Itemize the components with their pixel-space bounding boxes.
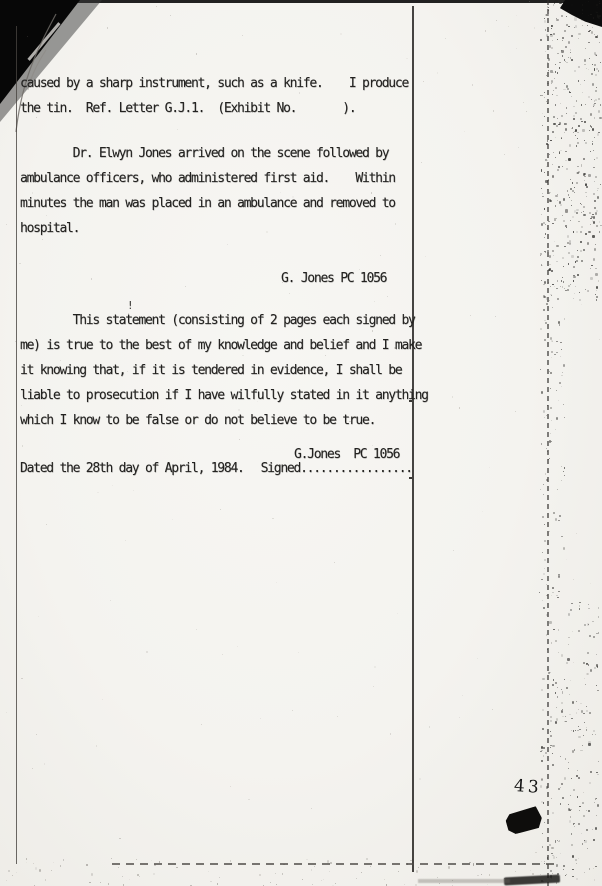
scan-noise-paper-grain	[0, 0, 602, 886]
scanned-statement-page: caused by a sharp instrument, such as a …	[0, 0, 602, 886]
signature-line: G.Jones PC 1056	[294, 447, 399, 462]
scan-noise-band-top-right	[540, 0, 600, 300]
typed-line: liable to prosecution if I have wilfully…	[20, 383, 428, 408]
dated-text: Dated the 28th day of April, 1984.	[20, 461, 244, 476]
typed-line: Dr. Elwyn Jones arrived on the scene fol…	[20, 141, 395, 166]
ink-stamp-blob	[504, 806, 544, 836]
paragraph-produce-tin: caused by a sharp instrument, such as a …	[20, 71, 408, 121]
typed-line: it knowing that, if it is tendered in ev…	[20, 358, 428, 383]
typed-line: which I know to be false or do not belie…	[20, 408, 428, 433]
page-number: 43	[513, 776, 542, 798]
typed-line: me) is true to the best of my knowledge …	[20, 333, 428, 358]
scan-sprocket-line	[547, 0, 549, 886]
typed-line: This statement (consisting of 2 pages ea…	[20, 308, 428, 333]
scan-smudge-bottom	[504, 875, 560, 886]
typed-line: minutes the man was placed in an ambulan…	[20, 191, 395, 216]
paragraph-dr-jones: Dr. Elwyn Jones arrived on the scene fol…	[20, 141, 395, 241]
typed-line: the tin. Ref. Letter G.J.1. (Exhibit No.…	[20, 96, 408, 121]
scan-blob-top-right	[560, 0, 602, 27]
scan-noise-band-mid-right	[538, 280, 564, 610]
typed-line: ambulance officers, who administered fir…	[20, 166, 395, 191]
scan-streak-bottom	[418, 879, 510, 883]
typed-line: caused by a sharp instrument, such as a …	[20, 71, 408, 96]
paragraph-declaration: This statement (consisting of 2 pages ea…	[20, 308, 428, 433]
signed-dotted-line: Signed.................	[261, 461, 412, 476]
typed-line: G. Jones PC 1056	[281, 266, 386, 291]
page-edge-line-left	[16, 26, 17, 864]
attribution-line: G. Jones PC 1056	[281, 266, 386, 291]
page-bottom-rule	[112, 863, 560, 865]
page-edge-line-right	[412, 6, 414, 872]
typed-line: hospital.	[20, 216, 395, 241]
